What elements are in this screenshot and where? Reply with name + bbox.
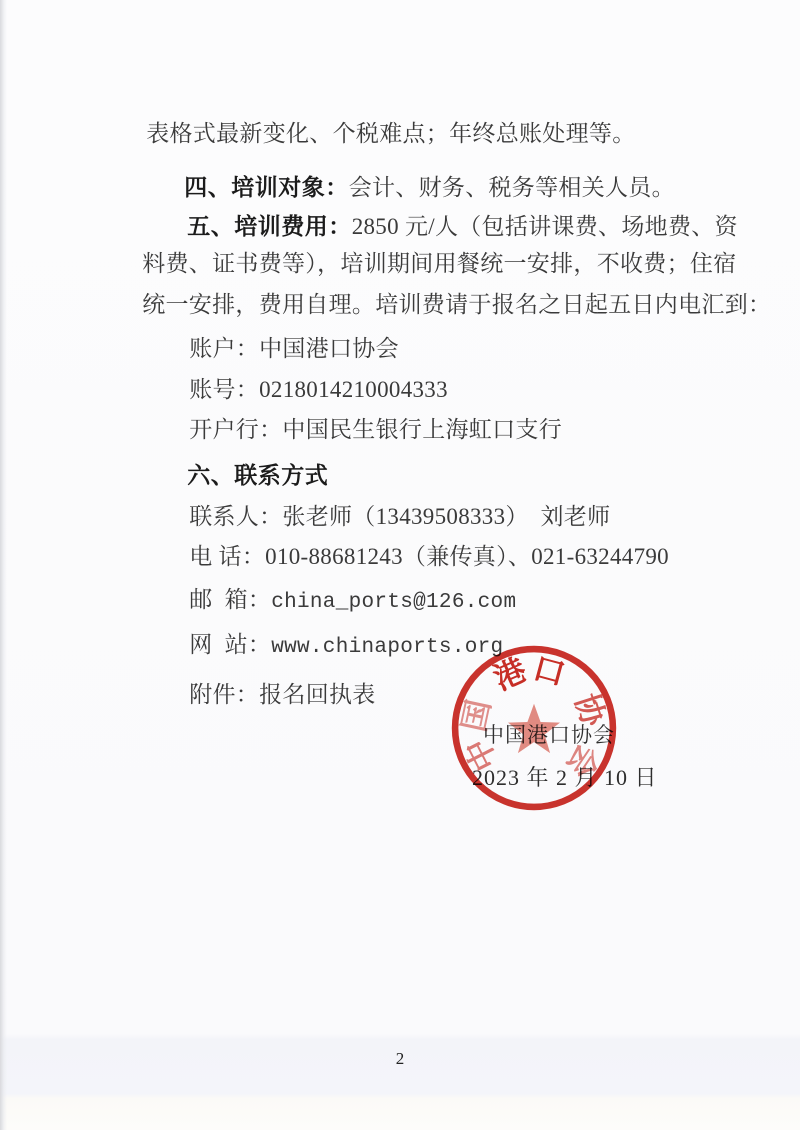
- star-icon: [508, 704, 560, 753]
- scanned-document-page: 表格式最新变化、个税难点；年终总账处理等。 四、培训对象：会计、财务、税务等相关…: [0, 0, 800, 1130]
- seal-char-kou: 口: [529, 650, 568, 692]
- official-seal: 中 国 港 口 协 会: [448, 642, 620, 814]
- attachment-line: 附件：报名回执表: [165, 656, 376, 735]
- seal-char-guo: 国: [456, 697, 497, 735]
- attachment-text: 附件：报名回执表: [189, 682, 375, 707]
- seal-graphic: 中 国 港 口 协 会: [448, 642, 620, 814]
- page-number: 2: [0, 1049, 800, 1069]
- website-label: 网 站：: [189, 632, 271, 657]
- continuation-text: 表格式最新变化、个税难点；年终总账处理等。: [146, 121, 635, 146]
